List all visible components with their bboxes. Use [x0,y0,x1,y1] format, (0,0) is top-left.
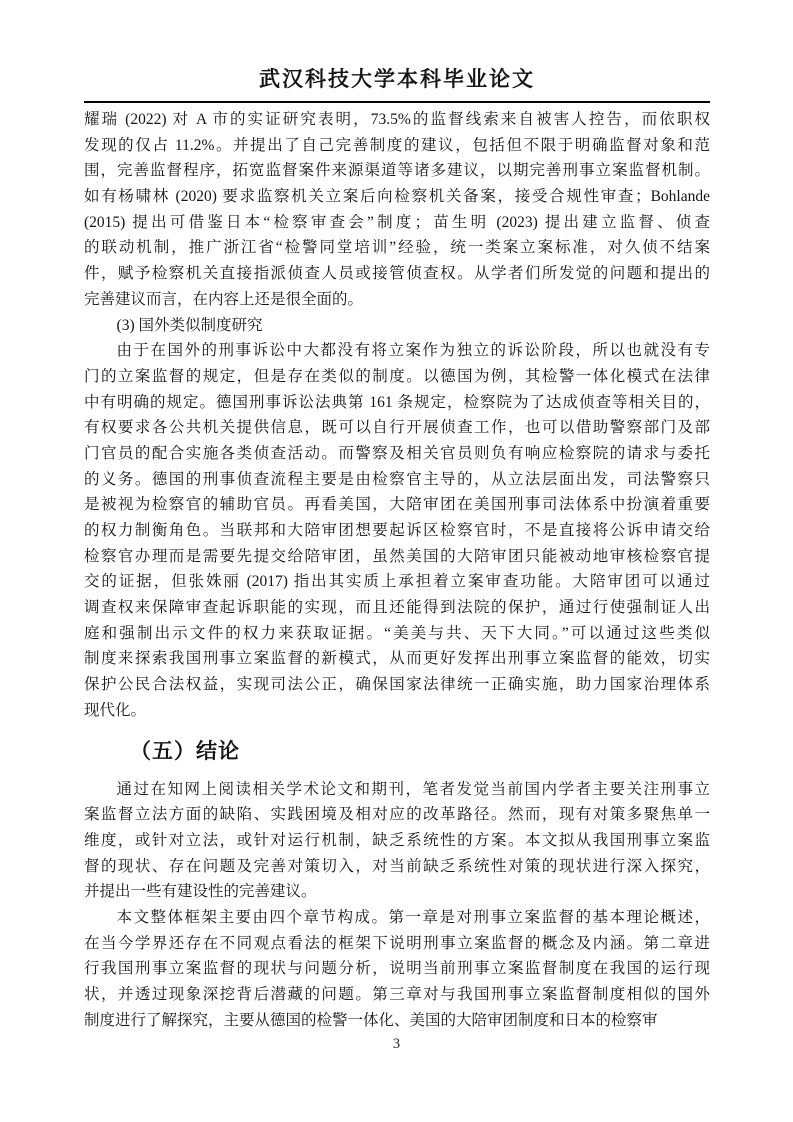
paragraph: 本文整体框架主要由四个章节构成。第一章是对刑事立案监督的基本理论概述，在当今学界… [84,905,710,1033]
text-line: 现代化。 [84,698,710,724]
text-line: 在当今学界还存在不同观点看法的框架下说明刑事立案监督的概念及内涵。第二章进 [84,931,710,957]
page-footer: 3 [0,1036,793,1053]
text-line: 并提出一些有建设性的完善建议。 [84,879,710,905]
text-line: 中有明确的规定。德国刑事诉讼法典第 161 条规定，检察院为了达成侦查等相关目的… [84,390,710,416]
text-line: 庭和强制出示文件的权力来获取证据。“美美与共、天下大同。”可以通过这些类似 [84,621,710,647]
text-line: 如有杨啸林 (2020) 要求监察机关立案后向检察机关备案，接受合规性审查；Bo… [84,184,710,210]
section-heading: （五）结论 [84,737,710,767]
text-line: 门的立案监督的规定，但是存在类似的制度。以德国为例，其检警一体化模式在法律 [84,364,710,390]
text-line: 通过在知网上阅读相关学术论文和期刊，笔者发觉当前国内学者主要关注刑事立 [84,777,710,803]
text-line: 调查权来保障审查起诉职能的实现，而且还能得到法院的保护，通过行使强制证人出 [84,595,710,621]
text-line: 的权力制衡角色。当联邦和大陪审团想要起诉区检察官时，不是直接将公诉申请交给 [84,518,710,544]
thesis-page: 武汉科技大学本科毕业论文 耀瑞 (2022) 对 A 市的实证研究表明，73.5… [0,0,793,1122]
text-line: 交的证据，但张姝丽 (2017) 指出其实质上承担着立案审查功能。大陪审团可以通… [84,569,710,595]
text-line: 状，并透过现象深挖背后潜藏的问题。第三章对与我国刑事立案监督制度相似的国外 [84,982,710,1008]
text-line: 件，赋予检察机关直接指派侦查人员或接管侦查权。从学者们所发觉的问题和提出的 [84,261,710,287]
text-line: 行我国刑事立案监督的现状与问题分析，说明当前刑事立案监督制度在我国的运行现 [84,956,710,982]
text-line: 围，完善监督程序，拓宽监督案件来源渠道等诸多建议，以期完善刑事立案监督机制。 [84,158,710,184]
text-line: 检察官办理而是需要先提交给陪审团，虽然美国的大陪审团只能被动地审核检察官提 [84,544,710,570]
text-line: 耀瑞 (2022) 对 A 市的实证研究表明，73.5%的监督线索来自被害人控告… [84,107,710,133]
text-line: 门官员的配合实施各类侦查活动。而警察及相关官员则负有响应检察院的请求与委托 [84,441,710,467]
sub-heading: (3) 国外类似制度研究 [84,313,710,339]
header-divider-rule [84,101,710,103]
text-line: (3) 国外类似制度研究 [84,313,710,339]
page-header: 武汉科技大学本科毕业论文 [84,64,710,103]
text-line: 案监督立法方面的缺陷、实践困境及相对应的改革路径。然而，现有对策多聚焦单一 [84,802,710,828]
text-line: 的义务。德国的刑事侦查流程主要是由检察官主导的，从立法层面出发，司法警察只 [84,467,710,493]
text-line: 的联动机制，推广浙江省“检警同堂培训”经验，统一类案立案标准，对久侦不结案 [84,235,710,261]
text-line: (2015) 提出可借鉴日本“检察审查会”制度；苗生明 (2023) 提出建立监… [84,210,710,236]
text-line: 本文整体框架主要由四个章节构成。第一章是对刑事立案监督的基本理论概述， [84,905,710,931]
text-line: 督的现状、存在问题及完善对策切入，对当前缺乏系统性对策的现状进行深入探究， [84,854,710,880]
text-line: 有权要求各公共机关提供信息，既可以自行开展侦查工作，也可以借助警察部门及部 [84,415,710,441]
text-line: 维度，或针对立法，或针对运行机制，缺乏系统性的方案。本文拟从我国刑事立案监 [84,828,710,854]
text-line: 制度来探索我国刑事立案监督的新模式，从而更好发挥出刑事立案监督的能效，切实 [84,646,710,672]
text-line: 制度进行了解探究，主要从德国的检警一体化、美国的大陪审团制度和日本的检察审 [84,1008,710,1034]
page-number: 3 [393,1036,400,1052]
paragraph: 通过在知网上阅读相关学术论文和期刊，笔者发觉当前国内学者主要关注刑事立案监督立法… [84,777,710,905]
text-line: 由于在国外的刑事诉讼中大都没有将立案作为独立的诉讼阶段，所以也就没有专 [84,338,710,364]
paragraph: 由于在国外的刑事诉讼中大都没有将立案作为独立的诉讼阶段，所以也就没有专门的立案监… [84,338,710,723]
text-line: 发现的仅占 11.2%。并提出了自己完善制度的建议，包括但不限于明确监督对象和范 [84,133,710,159]
text-line: 是被视为检察官的辅助官员。再看美国，大陪审团在美国刑事司法体系中扮演着重要 [84,492,710,518]
document-body: 耀瑞 (2022) 对 A 市的实证研究表明，73.5%的监督线索来自被害人控告… [84,107,710,1033]
page-header-title: 武汉科技大学本科毕业论文 [84,64,710,94]
text-line: 保护公民合法权益，实现司法公正，确保国家法律统一正确实施，助力国家治理体系 [84,672,710,698]
paragraph: 耀瑞 (2022) 对 A 市的实证研究表明，73.5%的监督线索来自被害人控告… [84,107,710,313]
text-line: 完善建议而言，在内容上还是很全面的。 [84,287,710,313]
